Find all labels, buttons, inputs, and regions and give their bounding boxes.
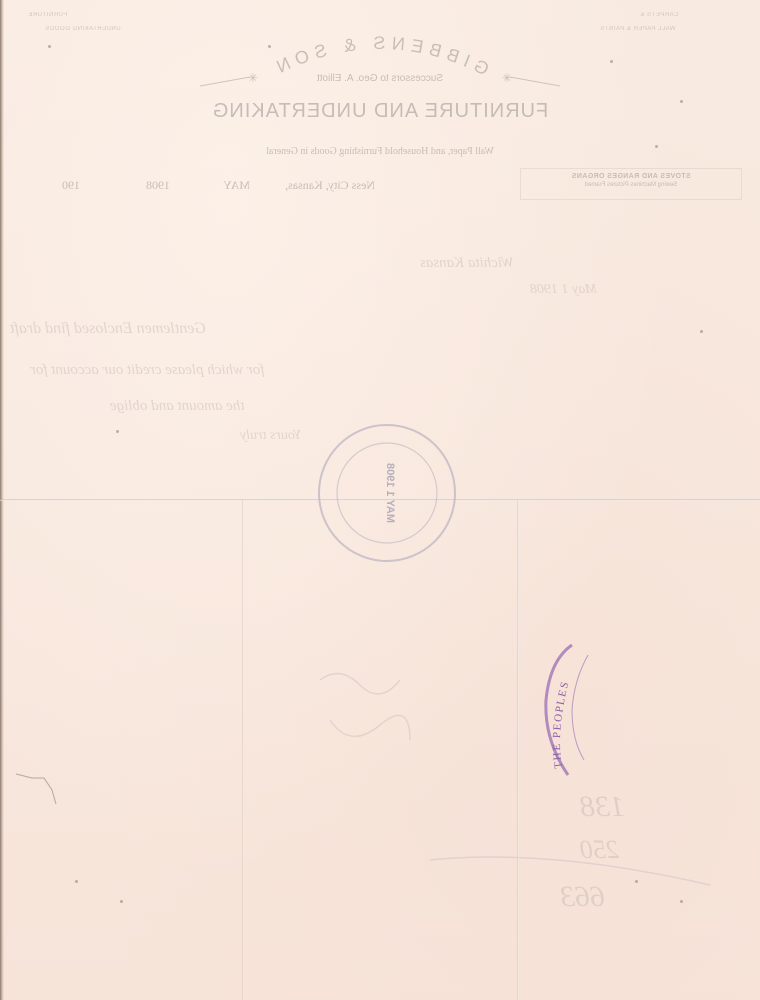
date-year-stamp: 1908 (146, 178, 170, 193)
scribble-mark (300, 660, 420, 760)
peoples-bank-stamp: THE PEOPLES (532, 640, 612, 780)
underline-stroke (430, 840, 730, 900)
postmark-stamp: MAY 1 1908 (312, 418, 462, 568)
speck (680, 100, 683, 103)
speck (635, 880, 638, 883)
vertical-fold-right (517, 500, 519, 1000)
goods-line: Wall Paper, and Household Furnishing Goo… (0, 146, 760, 157)
handwriting-line-4: for which please credit our account for (30, 362, 264, 379)
speck (120, 900, 123, 903)
stoves-line-2: Sewing Machines Pictures Framed (521, 182, 741, 188)
corner-text-left-top: FURNITURE (28, 12, 67, 18)
corner-text-left-sub: UNDERTAKING GOODS (45, 26, 121, 32)
business-heading: FURNITURE AND UNDERTAKING (0, 100, 760, 123)
speck (48, 45, 51, 48)
speck (610, 60, 613, 63)
handwriting-line-2: May 1 1908 (530, 282, 597, 298)
speck (75, 880, 78, 883)
stoves-box: STOVES AND RANGES ORGANS Sewing Machines… (520, 168, 742, 200)
handwriting-line-3: Gentlemen Enclosed find draft (10, 320, 206, 338)
letter-back-sheet: FURNITURE UNDERTAKING GOODS CARPETS & WA… (0, 0, 760, 1000)
handwriting-line-6: Yours truly (240, 428, 301, 444)
vertical-fold-left (242, 500, 244, 1000)
speck (680, 900, 683, 903)
year-template: 190 (62, 178, 80, 193)
speck (700, 330, 703, 333)
speck (655, 145, 658, 148)
corner-text-right-top: CARPETS & (640, 12, 679, 18)
successor-line: Successors to Geo. A. Elliott (0, 73, 760, 84)
corner-text-right-sub: WALL PAPER & PAINTS (600, 26, 676, 32)
date-month: MAY (223, 178, 250, 193)
figure-bleed-1: 138 (580, 790, 625, 824)
svg-text:MAY 1 1908: MAY 1 1908 (384, 463, 396, 523)
speck (116, 430, 119, 433)
paper-crack (14, 770, 64, 810)
handwriting-line-5: the amount and oblige (110, 398, 245, 415)
speck (268, 45, 271, 48)
svg-text:THE PEOPLES: THE PEOPLES (551, 679, 572, 769)
city-text: Ness City, Kansas, (285, 178, 375, 193)
stoves-line-1: STOVES AND RANGES ORGANS (521, 173, 741, 180)
handwriting-line-1: Wichita Kansas (420, 255, 514, 272)
